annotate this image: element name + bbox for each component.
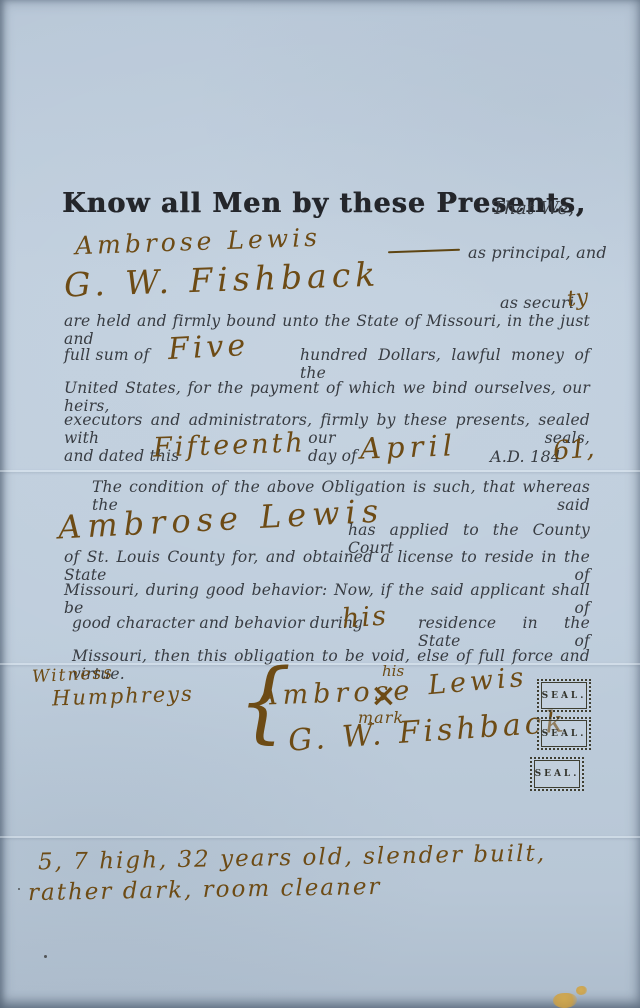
as-principal-label: as principal, and (468, 243, 607, 262)
dated-month-handwriting: April (359, 428, 457, 465)
his-handwriting: his (341, 600, 389, 634)
condition-line-5-pre: good character and behavior during (72, 614, 363, 632)
body-line-2-post: hundred Dollars, lawful money of the (300, 346, 590, 382)
seal-label-2: SEAL. (541, 720, 588, 747)
condition-line-4: Missouri, during good behavior: Now, if … (64, 581, 590, 617)
witness-label-handwriting: Witness (32, 663, 115, 687)
sum-amount-handwriting: Five (167, 328, 250, 367)
security-name-handwriting: G. W. Fishback (63, 254, 380, 304)
paper-stain (553, 993, 577, 1008)
fold-crease (0, 470, 640, 472)
as-security-label: as securi (500, 293, 574, 312)
body-line-1: are held and firmly bound unto the State… (64, 312, 590, 348)
dated-year-handwriting: 61, (552, 434, 595, 467)
paper-speck (18, 888, 20, 890)
as-security-hand-correction: ty (566, 285, 590, 312)
fold-crease (0, 836, 640, 838)
body-line-2-pre: full sum of (64, 346, 149, 364)
description-note-line-2: rather dark, room cleaner (28, 874, 382, 906)
condition-line-3: of St. Louis County for, and obtained a … (64, 548, 590, 584)
body-line-3: United States, for the payment of which … (64, 379, 590, 415)
paper-stain (576, 986, 587, 995)
document-page: Know all Men by these Presents, That We,… (0, 0, 640, 1008)
condition-line-5-post: residence in the State of (418, 614, 590, 650)
seal-label-3: SEAL. (534, 760, 581, 788)
body-line-4: executors and administrators, firmly by … (64, 411, 590, 447)
seal-box-2: SEAL. (537, 717, 591, 750)
signature-fishback: G. W. Fishback (287, 704, 569, 758)
description-note-line-1: 5, 7 high, 32 years old, slender built, (38, 841, 546, 876)
dated-day-handwriting: Fifteenth (153, 427, 307, 463)
dated-year-printed: A.D. 184 (490, 447, 561, 466)
paper-speck (44, 955, 47, 958)
seal-box-3: SEAL. (530, 757, 584, 791)
witness-name-handwriting: Humphreys (52, 682, 195, 711)
heading-that-we: That We, (492, 198, 574, 219)
principal-flourish-dash (388, 249, 460, 254)
seal-box-1: SEAL. (537, 679, 591, 712)
principal-name-handwriting: Ambrose Lewis (75, 223, 322, 261)
seal-label-1: SEAL. (541, 682, 588, 709)
dated-of: day of (308, 447, 357, 465)
